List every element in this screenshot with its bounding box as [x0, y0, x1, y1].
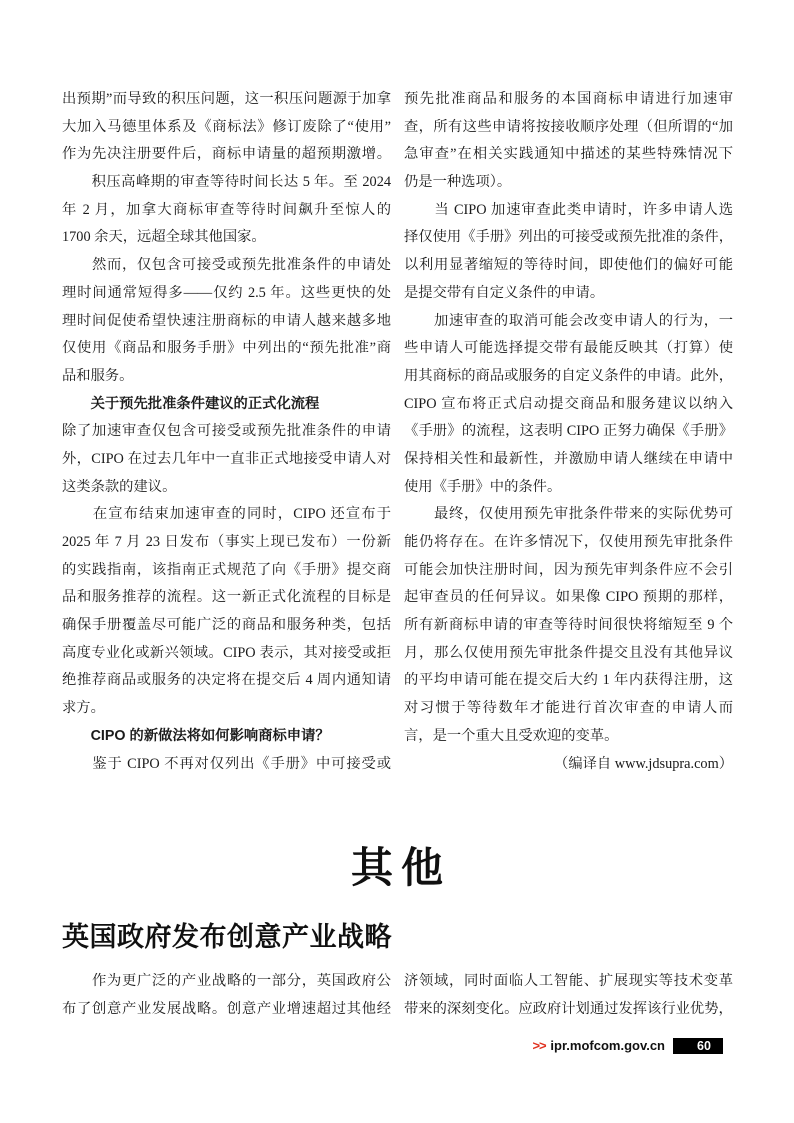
- text-line: 是提交带有自定义条件的申请。: [404, 280, 733, 308]
- document-page: 出预期”而导致的积压问题，这一积压问题源于加拿大加入马德里体系及《商标法》修订废…: [0, 0, 794, 1123]
- page-footer: >> ipr.mofcom.gov.cn 60: [532, 1037, 723, 1054]
- double-chevron-icon: >>: [532, 1038, 545, 1054]
- text-line: 起审查员的任何异议。如果像 CIPO 预期的那样，: [404, 584, 733, 612]
- text-line: 预先批准商品和服务的本国商标申请进行加速审: [404, 86, 733, 114]
- text-line: 言，是一个重大且受欢迎的变革。: [404, 723, 733, 751]
- footer-site-text: ipr.mofcom.gov.cn: [550, 1038, 665, 1054]
- article2-column-left: 作为更广泛的产业战略的一部分，英国政府公布了创意产业发展战略。创意产业增速超过其…: [62, 968, 391, 1023]
- text-line: 能仍将存在。在许多情况下，仅使用预先审批条件: [404, 529, 733, 557]
- text-line: 济领域，同时面临人工智能、扩展现实等技术变革: [404, 968, 733, 996]
- page-number-badge: 60: [673, 1038, 723, 1054]
- text-line: 积压高峰期的审查等待时间长达 5 年。至 2024: [62, 169, 391, 197]
- text-line: 理时间通常短得多——仅约 2.5 年。这些更快的处: [62, 280, 391, 308]
- text-line: 些申请人可能选择提交带有最能反映其（打算）使: [404, 335, 733, 363]
- text-line: 在宣布结束加速审查的同时，CIPO 还宣布于: [62, 501, 391, 529]
- text-line: 求方。: [62, 695, 391, 723]
- text-line: 月，那么仅使用预先审批条件提交且没有其他异议: [404, 640, 733, 668]
- text-line: CIPO 宣布将正式启动提交商品和服务建议以纳入: [404, 391, 733, 419]
- text-line: 最终，仅使用预先审批条件带来的实际优势可: [404, 501, 733, 529]
- text-line: 出预期”而导致的积压问题，这一积压问题源于加拿: [62, 86, 391, 114]
- text-line: 《手册》的流程，这表明 CIPO 正努力确保《手册》: [404, 418, 733, 446]
- text-line: 然而，仅包含可接受或预先批准条件的申请处: [62, 252, 391, 280]
- text-line: （编译自 www.jdsupra.com）: [404, 751, 733, 779]
- text-line: 当 CIPO 加速审查此类申请时，许多申请人选: [404, 197, 733, 225]
- text-line: 可能会加快注册时间，因为预先审判条件应不会引: [404, 557, 733, 585]
- text-line: 仍是一种选项）。: [404, 169, 733, 197]
- text-line: 布了创意产业发展战略。创意产业增速超过其他经: [62, 996, 391, 1024]
- text-line: 外，CIPO 在过去几年中一直非正式地接受申请人对: [62, 446, 391, 474]
- section-title: 其他: [0, 842, 794, 894]
- text-line: 理时间促使希望快速注册商标的申请人越来越多地: [62, 308, 391, 336]
- text-line: 以利用显著缩短的等待时间，即使他们的偏好可能: [404, 252, 733, 280]
- text-line: 确保手册覆盖尽可能广泛的商品和服务种类，包括: [62, 612, 391, 640]
- text-line: 除了加速审查仅包含可接受或预先批准条件的申请: [62, 418, 391, 446]
- text-line: 用其商标的商品或服务的自定义条件的申请。此外，: [404, 363, 733, 391]
- text-line: 这类条款的建议。: [62, 474, 391, 502]
- text-line: 1700 余天，远超全球其他国家。: [62, 224, 391, 252]
- text-line: 大加入马德里体系及《商标法》修订废除了“使用”: [62, 114, 391, 142]
- text-line: 作为更广泛的产业战略的一部分，英国政府公: [62, 968, 391, 996]
- article1-column-left: 出预期”而导致的积压问题，这一积压问题源于加拿大加入马德里体系及《商标法》修订废…: [62, 86, 391, 778]
- inline-heading-line: CIPO 的新做法将如何影响商标申请？: [62, 723, 391, 751]
- text-line: 作为先决注册要件后，商标申请量的超预期激增。: [62, 141, 391, 169]
- inline-heading-line: 关于预先批准条件建议的正式化流程: [62, 391, 391, 419]
- text-line: 年 2 月，加拿大商标审查等待时间飙升至惊人的: [62, 197, 391, 225]
- text-line: 鉴于 CIPO 不再对仅列出《手册》中可接受或: [62, 751, 391, 779]
- text-line: 高度专业化或新兴领域。CIPO 表示，其对接受或拒: [62, 640, 391, 668]
- text-line: 保持相关性和最新性，并激励申请人继续在申请中: [404, 446, 733, 474]
- text-line: 的实践指南，该指南正式规范了向《手册》提交商: [62, 557, 391, 585]
- article2-columns: 作为更广泛的产业战略的一部分，英国政府公布了创意产业发展战略。创意产业增速超过其…: [62, 968, 733, 1023]
- text-line: 2025 年 7 月 23 日发布（事实上现已发布）一份新: [62, 529, 391, 557]
- text-line: 的平均申请可能在提交后大约 1 年内获得注册，这: [404, 667, 733, 695]
- text-line: 对习惯于等待数年才能进行首次审查的申请人而: [404, 695, 733, 723]
- text-line: 择仅使用《手册》列出的可接受或预先批准的条件，: [404, 224, 733, 252]
- text-line: 急审查”在相关实践通知中描述的某些特殊情况下: [404, 141, 733, 169]
- text-line: 品和服务。: [62, 363, 391, 391]
- text-line: 查，所有这些申请将按接收顺序处理（但所谓的“加: [404, 114, 733, 142]
- article1-column-right: 预先批准商品和服务的本国商标申请进行加速审查，所有这些申请将按接收顺序处理（但所…: [404, 86, 733, 778]
- text-line: 品和服务推荐的流程。这一新正式化流程的目标是: [62, 584, 391, 612]
- text-line: 带来的深刻变化。应政府计划通过发挥该行业优势，: [404, 996, 733, 1024]
- article2-title: 英国政府发布创意产业战略: [62, 920, 733, 955]
- text-line: 使用《手册》中的条件。: [404, 474, 733, 502]
- article1-columns: 出预期”而导致的积压问题，这一积压问题源于加拿大加入马德里体系及《商标法》修订废…: [62, 86, 733, 778]
- text-line: 仅使用《商品和服务手册》中列出的“预先批准”商: [62, 335, 391, 363]
- text-line: 所有新商标申请的审查等待时间很快将缩短至 9 个: [404, 612, 733, 640]
- text-line: 绝推荐商品或服务的决定将在提交后 4 周内通知请: [62, 667, 391, 695]
- text-line: 加速审查的取消可能会改变申请人的行为，一: [404, 308, 733, 336]
- article2-column-right: 济领域，同时面临人工智能、扩展现实等技术变革带来的深刻变化。应政府计划通过发挥该…: [404, 968, 733, 1023]
